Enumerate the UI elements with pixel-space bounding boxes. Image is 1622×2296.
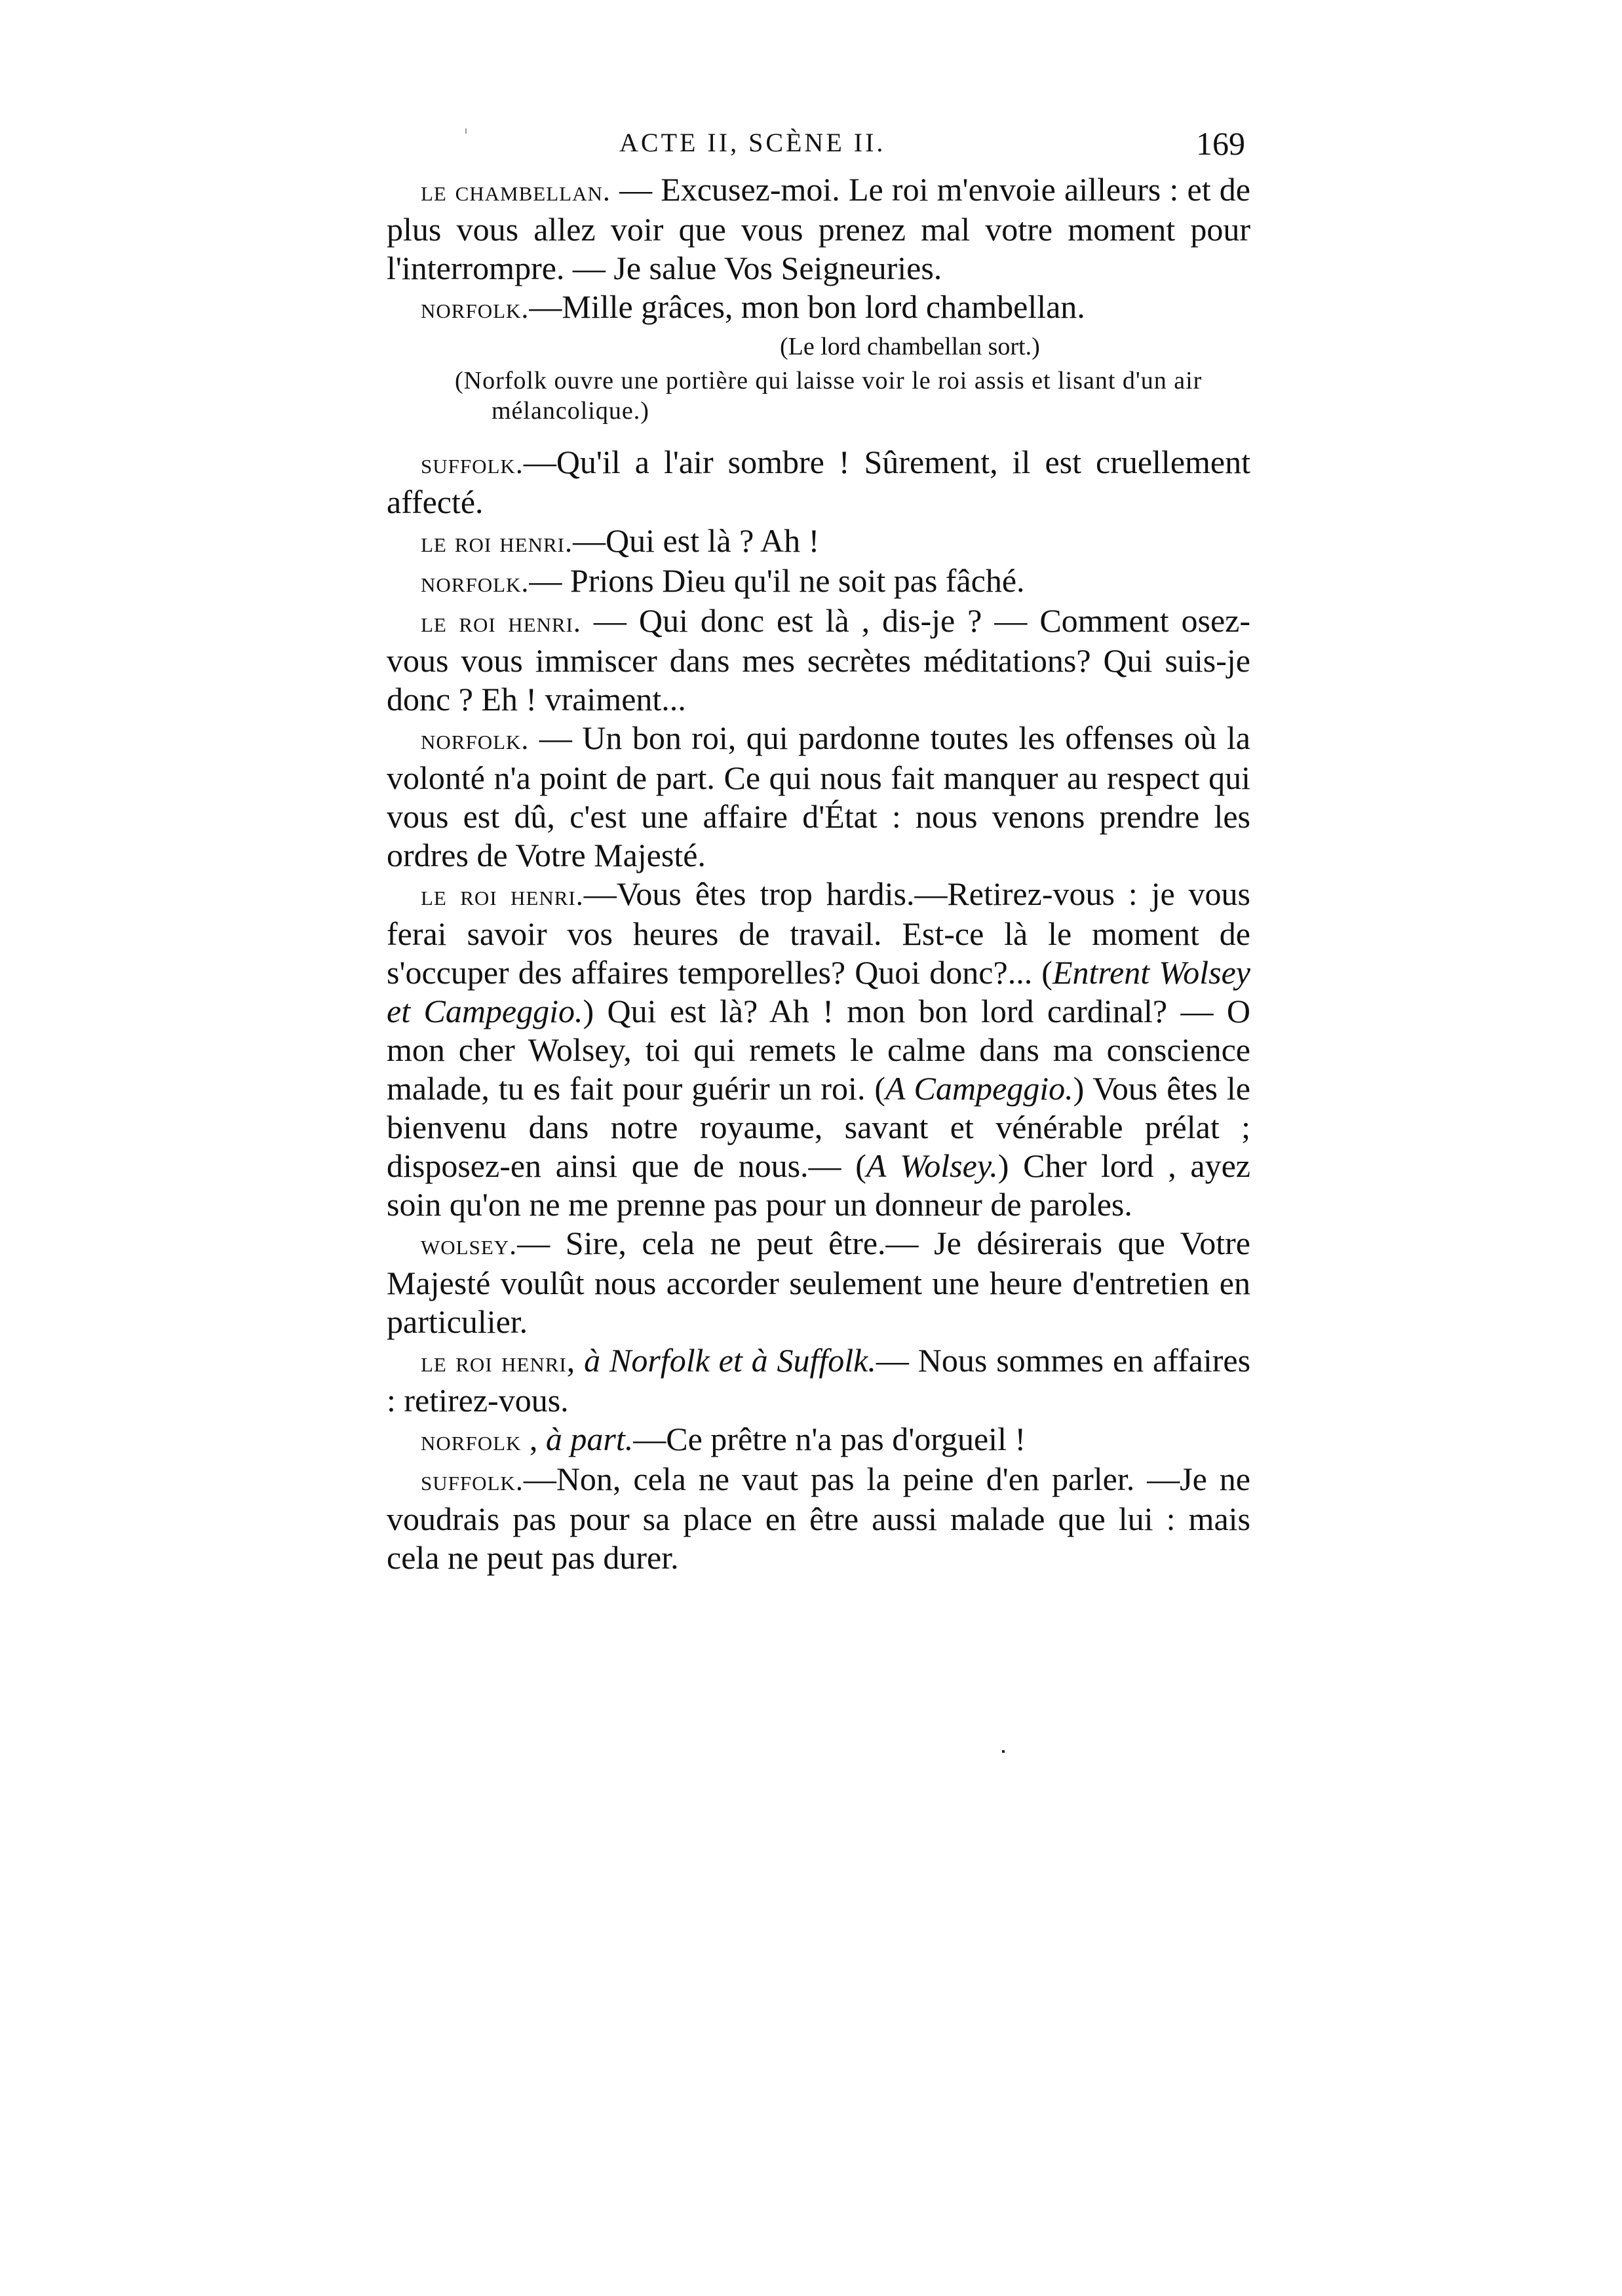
speaker-name: LE ROI HENRI. (421, 606, 581, 638)
stage-direction: (Norfolk ouvre une portière qui laisse v… (387, 366, 1250, 426)
play-text: LE CHAMBELLAN. — Excusez-moi. Le roi m'e… (387, 170, 1250, 1577)
speech-suffolk: SUFFOLK.—Non, cela ne vaut pas la peine … (387, 1460, 1250, 1577)
speaker-name: SUFFOLK. (421, 448, 524, 480)
speaker-name: SUFFOLK. (421, 1464, 524, 1497)
speech-norfolk: NORFOLK.—Mille grâces, mon bon lord cham… (387, 288, 1250, 328)
speaker-name: LE ROI HENRI. (421, 879, 584, 911)
speaker-name: LE ROI HENRI (421, 1346, 567, 1378)
speech-text: Mille grâces, mon bon lord chambellan. (562, 288, 1085, 325)
inline-stage-direction: à Norfolk et à Suffolk. (584, 1342, 876, 1379)
speech-roi-henri: LE ROI HENRI.—Vous êtes trop hardis.—Ret… (387, 875, 1250, 1224)
running-head: ACTE II, SCÈNE II. (619, 127, 885, 158)
speech-roi-henri: LE ROI HENRI.—Qui est là ? Ah ! (387, 522, 1250, 562)
speaker-name: NORFOLK. (421, 292, 529, 324)
inline-stage-direction: A Wolsey. (866, 1147, 998, 1184)
speech-chambellan: LE CHAMBELLAN. — Excusez-moi. Le roi m'e… (387, 170, 1250, 288)
speaker-name: NORFOLK. (421, 566, 529, 598)
speech-text: Ce prêtre n'a pas d'orgueil ! (666, 1421, 1026, 1457)
speech-text: Prions Dieu qu'il ne soit pas fâché. (570, 562, 1025, 599)
inline-stage-direction: à part. (546, 1421, 633, 1457)
page-header: ACTE II, SCÈNE II. 169 (387, 124, 1250, 170)
speech-norfolk: NORFOLK.— Prions Dieu qu'il ne soit pas … (387, 562, 1250, 602)
scan-speck (1002, 1750, 1005, 1753)
page-number: 169 (1196, 124, 1245, 163)
scan-speck (465, 128, 467, 134)
speaker-name: WOLSEY. (421, 1229, 517, 1261)
speech-suffolk: SUFFOLK.—Qu'il a l'air sombre ! Sûrement… (387, 443, 1250, 522)
book-page: ACTE II, SCÈNE II. 169 LE CHAMBELLAN. — … (387, 124, 1250, 1577)
speaker-name: LE ROI HENRI. (421, 526, 573, 558)
speaker-name: NORFOLK (421, 1425, 521, 1457)
inline-stage-direction: A Campeggio. (885, 1070, 1073, 1107)
speech-roi-henri: LE ROI HENRI. — Qui donc est là , dis-je… (387, 602, 1250, 719)
speech-norfolk: NORFOLK. — Un bon roi, qui pardonne tout… (387, 719, 1250, 875)
stage-direction: (Le lord chambellan sort.) (387, 332, 1250, 362)
speech-text: Qui est là ? Ah ! (606, 522, 819, 559)
speech-roi-henri: LE ROI HENRI, à Norfolk et à Suffolk.— N… (387, 1341, 1250, 1420)
speaker-name: LE CHAMBELLAN. (421, 175, 611, 207)
speech-norfolk: NORFOLK , à part.—Ce prêtre n'a pas d'or… (387, 1420, 1250, 1460)
speaker-name: NORFOLK. (421, 723, 529, 756)
speech-wolsey: WOLSEY.— Sire, cela ne peut être.— Je dé… (387, 1224, 1250, 1341)
